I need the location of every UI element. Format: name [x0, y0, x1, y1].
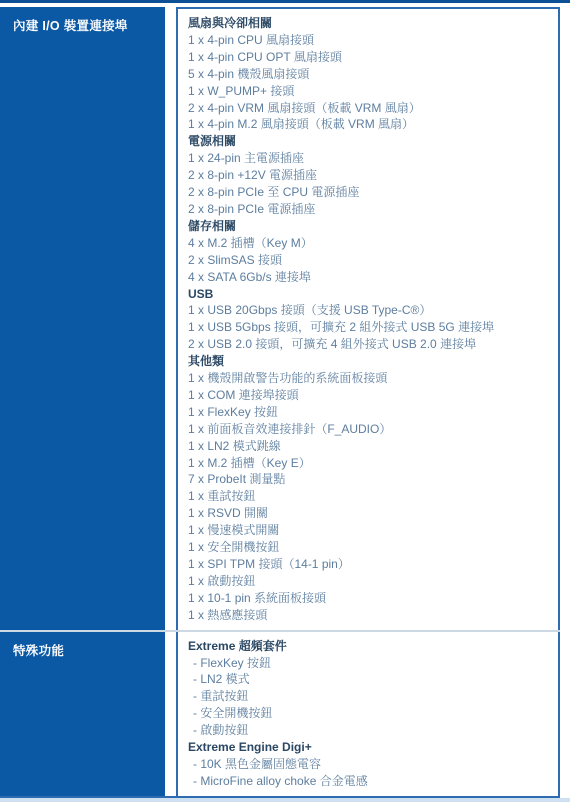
spec-item: 1 x 機殼開啟警告功能的系統面板接頭 — [188, 370, 552, 387]
spec-item: 4 x M.2 插槽（Key M） — [188, 235, 552, 252]
spec-item: - LN2 模式 — [188, 671, 552, 688]
top-divider — [0, 0, 570, 3]
spec-item: 1 x 啟動按鈕 — [188, 573, 552, 590]
spec-item: 1 x 4-pin M.2 風扇接頭（板載 VRM 風扇） — [188, 116, 552, 133]
spec-item: 1 x 安全開機按鈕 — [188, 539, 552, 556]
spec-item: 2 x 4-pin VRM 風扇接頭（板載 VRM 風扇） — [188, 100, 552, 117]
spec-item: 2 x SlimSAS 接頭 — [188, 252, 552, 269]
spec-item: 1 x 24-pin 主電源插座 — [188, 150, 552, 167]
spec-item: - 啟動按鈕 — [188, 722, 552, 739]
spec-item: 1 x M.2 插槽（Key E） — [188, 455, 552, 472]
spec-item: - MicroFine alloy choke 合金電感 — [188, 773, 552, 790]
section-heading: 風扇與冷卻相關 — [188, 15, 552, 32]
section-heading: Extreme Engine Digi+ — [188, 739, 552, 756]
spec-item: 2 x 8-pin PCIe 至 CPU 電源插座 — [188, 184, 552, 201]
spec-item: 1 x USB 20Gbps 接頭（支援 USB Type-C®） — [188, 302, 552, 319]
row-header: 特殊功能 — [0, 632, 165, 796]
section-heading: USB — [188, 286, 552, 303]
spec-item: 5 x 4-pin 機殼風扇接頭 — [188, 66, 552, 83]
spec-item: 1 x COM 連接埠接頭 — [188, 387, 552, 404]
column-gap — [165, 7, 176, 630]
next-row-strip — [0, 798, 570, 802]
spec-item: 2 x USB 2.0 接頭，可擴充 4 組外接式 USB 2.0 連接埠 — [188, 336, 552, 353]
spec-item: 4 x SATA 6Gb/s 連接埠 — [188, 269, 552, 286]
spec-table: 內建 I/O 裝置連接埠風扇與冷卻相關1 x 4-pin CPU 風扇接頭1 x… — [0, 7, 560, 799]
spec-item: 1 x W_PUMP+ 接頭 — [188, 83, 552, 100]
spec-item: 1 x LN2 模式跳線 — [188, 438, 552, 455]
spec-item: 7 x ProbeIt 測量點 — [188, 471, 552, 488]
section-heading: Extreme 超頻套件 — [188, 638, 552, 655]
row-header: 內建 I/O 裝置連接埠 — [0, 7, 165, 630]
spec-item: 1 x 慢速模式開關 — [188, 522, 552, 539]
spec-item: 1 x FlexKey 按鈕 — [188, 404, 552, 421]
spec-item: 2 x 8-pin PCIe 電源插座 — [188, 201, 552, 218]
spec-item: 2 x 8-pin +12V 電源插座 — [188, 167, 552, 184]
spec-item: - 重試按鈕 — [188, 688, 552, 705]
spec-row: 特殊功能Extreme 超頻套件- FlexKey 按鈕- LN2 模式- 重試… — [0, 632, 560, 796]
section-heading: 儲存相關 — [188, 218, 552, 235]
row-content: Extreme 超頻套件- FlexKey 按鈕- LN2 模式- 重試按鈕- … — [176, 632, 560, 796]
spec-item: 1 x 10-1 pin 系統面板接頭 — [188, 590, 552, 607]
section-heading: 其他類 — [188, 353, 552, 370]
section-heading: 電源相關 — [188, 133, 552, 150]
spec-item: 1 x USB 5Gbps 接頭，可擴充 2 組外接式 USB 5G 連接埠 — [188, 319, 552, 336]
spec-item: 1 x 前面板音效連接排針（F_AUDIO） — [188, 421, 552, 438]
spec-item: 1 x SPI TPM 接頭（14-1 pin） — [188, 556, 552, 573]
spec-item: - FlexKey 按鈕 — [188, 655, 552, 672]
spec-item: 1 x 熱感應接頭 — [188, 607, 552, 624]
spec-item: - 安全開機按鈕 — [188, 705, 552, 722]
spec-item: 1 x 4-pin CPU 風扇接頭 — [188, 32, 552, 49]
spec-row: 內建 I/O 裝置連接埠風扇與冷卻相關1 x 4-pin CPU 風扇接頭1 x… — [0, 7, 560, 630]
spec-item: 1 x RSVD 開關 — [188, 505, 552, 522]
column-gap — [165, 632, 176, 796]
row-content: 風扇與冷卻相關1 x 4-pin CPU 風扇接頭1 x 4-pin CPU O… — [176, 7, 560, 630]
spec-item: 1 x 4-pin CPU OPT 風扇接頭 — [188, 49, 552, 66]
spec-item: 1 x 重試按鈕 — [188, 488, 552, 505]
spec-item: - 10K 黑色金屬固態電容 — [188, 756, 552, 773]
